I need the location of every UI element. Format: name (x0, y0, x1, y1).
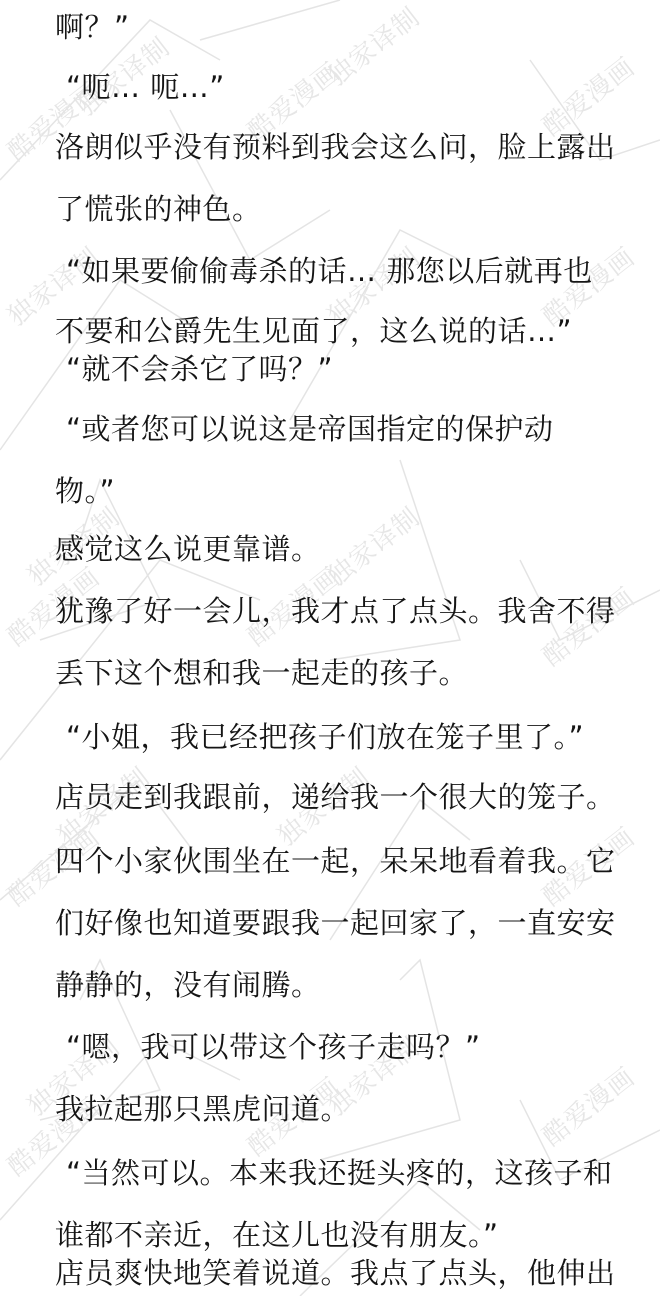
text-line: “如果要偷偷毒杀的话… 那您以后就再也 (66, 254, 593, 288)
text-line: 店员爽快地笑着说道。我点了点头，他伸出 (55, 1256, 616, 1290)
watermark-text: 酷爱漫画 (534, 1057, 642, 1153)
text-line: 感觉这么说更靠谱。 (55, 532, 321, 566)
text-line: “嗯，我可以带这个孩子走吗？” (66, 1030, 481, 1064)
text-line: 丢下这个想和我一起走的孩子。 (55, 656, 468, 690)
text-line: 们好像也知道要跟我一起回家了，一直安安 (55, 906, 616, 940)
text-line: “或者您可以说这是帝国指定的保护动 (66, 412, 554, 446)
text-line: “就不会杀它了吗？” (66, 352, 333, 386)
text-line: 了慌张的神色。 (55, 192, 262, 226)
text-line: 啊？” (55, 10, 130, 44)
watermark-text: 独家译制 (319, 0, 427, 93)
text-line: 我拉起那只黑虎问道。 (55, 1092, 350, 1126)
watermark-text: 独家译制 (319, 497, 427, 593)
text-line: 谁都不亲近，在这儿也没有朋友。” (55, 1218, 499, 1252)
text-line: 物。” (55, 474, 115, 508)
text-line: 洛朗似乎没有预料到我会这么问，脸上露出 (55, 130, 616, 164)
text-line: 静静的，没有闹腾。 (55, 968, 321, 1002)
text-line: 不要和公爵先生见面了，这么说的话…” (55, 314, 572, 348)
watermark-text: 酷爱漫画 (534, 47, 642, 143)
text-line: “呃… 呃…” (66, 70, 225, 104)
text-line: 犹豫了好一会儿，我才点了点头。我舍不得 (55, 594, 616, 628)
text-line: “小姐，我已经把孩子们放在笼子里了。” (66, 720, 584, 754)
text-line: “当然可以。本来我还挺头疼的，这孩子和 (66, 1156, 613, 1190)
text-line: 店员走到我跟前，递给我一个很大的笼子。 (55, 780, 616, 814)
text-line: 四个小家伙围坐在一起，呆呆地看着我。它 (55, 844, 616, 878)
